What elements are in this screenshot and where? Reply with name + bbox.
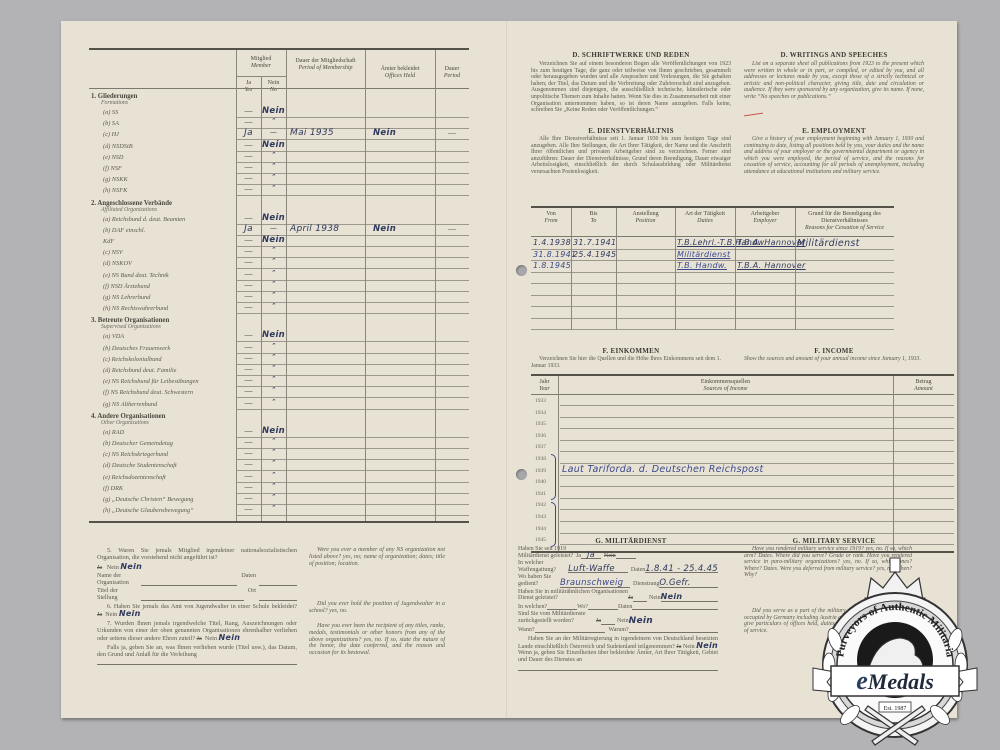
which-orgs-field[interactable] [547, 609, 577, 610]
dauer-cell[interactable]: — [435, 128, 469, 137]
member-yes-cell[interactable]: — [236, 173, 261, 182]
member-yes-cell[interactable]: — [236, 504, 261, 513]
military-form-de: Haben Sie seit 1919 Militärdienst geleis… [518, 546, 718, 671]
employment-employer-cell[interactable]: T.B.A. Hannover [737, 238, 797, 247]
income-year: 1944 [535, 526, 546, 532]
org-row-label: (h) NS Rechtswahrerbund [103, 305, 234, 316]
org-row-label: (b) Deutsches Frauenwerk [103, 345, 234, 356]
member-no-cell[interactable]: ” [261, 269, 286, 277]
member-no-cell[interactable]: ” [261, 173, 286, 181]
dauer-cell[interactable]: — [435, 224, 469, 233]
employment-from-cell[interactable]: 1.8.1945 [533, 261, 573, 270]
question-block-de: 5. Waren Sie jemals Mitglied irgendeiner… [97, 547, 297, 665]
org-row-label: (f) NSD Ärztebund [103, 283, 234, 294]
q7-answer-field[interactable] [97, 664, 297, 665]
member-yes-cell[interactable]: — [236, 302, 261, 311]
member-yes-cell[interactable]: — [236, 459, 261, 468]
member-yes-cell[interactable]: — [236, 235, 261, 244]
section-e-title-en: E. EMPLOYMENT [744, 127, 924, 135]
section-e-title-de: E. DIENSTVERHÄLTNIS [531, 127, 731, 135]
org-row-label: (h) „Deutsche Glaubensbewegung“ [103, 507, 234, 518]
why-field[interactable] [629, 632, 718, 633]
income-year: 1943 [535, 514, 546, 520]
member-no-cell[interactable]: ” [261, 471, 286, 479]
member-yes-cell[interactable]: — [236, 437, 261, 446]
member-yes-cell[interactable]: — [236, 448, 261, 457]
section-g-title-en: G. MILITARY SERVICE [744, 537, 924, 545]
member-no-cell[interactable]: ” [261, 364, 286, 372]
member-no-cell[interactable]: — [261, 128, 286, 136]
member-yes-cell[interactable]: — [236, 471, 261, 480]
member-yes-cell[interactable]: Ja [236, 224, 261, 234]
section-subtitle: Other Organizations [101, 420, 149, 426]
member-no-cell[interactable]: ” [261, 162, 286, 170]
q6-answer[interactable]: Nein [119, 609, 141, 618]
member-yes-cell[interactable]: — [236, 291, 261, 300]
svg-text:eMedals: eMedals [856, 666, 934, 695]
service-dates-answer[interactable]: 1.8.41 - 25.4.45 [645, 566, 718, 574]
member-no-cell[interactable]: ” [261, 302, 286, 310]
section-subtitle: Affiliated Organizations [101, 207, 157, 213]
member-no-cell[interactable]: ” [261, 398, 286, 406]
dates-field[interactable] [632, 609, 718, 610]
section-d-title-en: D. WRITINGS AND SPEECHES [744, 51, 924, 59]
mil-govt-details-field[interactable] [518, 670, 718, 671]
member-yes-cell[interactable]: — [236, 280, 261, 289]
income-header-source: EinkommensquellenSources of Income [558, 379, 893, 393]
center-fold [506, 21, 507, 718]
period-cell[interactable]: Mai 1935 [290, 128, 365, 138]
member-yes-cell[interactable]: — [236, 398, 261, 407]
member-yes-cell[interactable]: — [236, 269, 261, 278]
section-title: 2. Angeschlossene Verbände [91, 200, 172, 207]
org-row-label: (c) HJ [103, 131, 234, 142]
employment-employer-cell[interactable]: T.B.A. Hannover [737, 261, 797, 270]
q5-text-en: Were you ever a member of any NS organiz… [309, 547, 445, 567]
org-row-label: (e) NS Reichsbund für Leibesübungen [103, 378, 234, 389]
section-f-title-de: F. EINKOMMEN [531, 347, 731, 355]
org-row-label: (c) Reichskolonialbund [103, 356, 234, 367]
employment-header: BisTo [571, 211, 616, 225]
income-header-year: JahrYear [531, 379, 558, 393]
paramilitary-answer[interactable]: Nein [661, 594, 718, 602]
rank-answer[interactable]: O.Gefr. [659, 580, 718, 588]
q5-location-field[interactable] [259, 587, 297, 601]
section-title: 3. Betreute Organisationen [91, 317, 169, 324]
org-row-label: (a) RAD [103, 429, 234, 440]
member-no-cell[interactable]: ” [261, 493, 286, 501]
org-row-label: (a) SS [103, 109, 234, 120]
punch-hole-top [516, 265, 527, 276]
org-row-label: (g) „Deutsche Christen“ Bewegung [103, 496, 234, 507]
member-yes-cell[interactable]: — [236, 386, 261, 395]
member-no-cell[interactable]: ” [261, 482, 286, 490]
served-where-answer[interactable]: Braunschweig [560, 580, 630, 588]
employment-header: AnstellungPosition [616, 211, 675, 225]
org-row-label: (h) NSFK [103, 187, 234, 198]
section-subtitle: Formations [101, 100, 128, 106]
income-year: 1942 [535, 502, 546, 508]
member-no-cell[interactable]: ” [261, 151, 286, 159]
q5-dates-field[interactable] [259, 572, 297, 586]
offices-cell[interactable]: Nein [373, 224, 435, 234]
section-e-text-en: Give a history of your employment beginn… [744, 136, 924, 176]
org-row-label: (f) NS Reichsbund deut. Schwestern [103, 389, 234, 400]
org-row-label: (d) Reichsbund deut. Familie [103, 367, 234, 378]
member-no-cell[interactable]: ” [261, 386, 286, 394]
employment-to-cell[interactable]: 25.4.1945 [573, 250, 618, 259]
employment-header: Art der TätigkeitDuties [675, 211, 735, 225]
when-field[interactable] [535, 632, 605, 633]
q5-title-field[interactable] [141, 587, 244, 601]
member-no-cell[interactable]: ” [261, 280, 286, 288]
member-yes-cell[interactable]: — [236, 493, 261, 502]
punch-hole-bottom [516, 469, 527, 480]
income-year: 1937 [535, 444, 546, 450]
org-row-label: (f) DRK [103, 485, 234, 496]
member-no-cell[interactable]: ” [261, 246, 286, 254]
income-year: 1933 [535, 398, 546, 404]
org-row-label: (b) Deutscher Gemeindetag [103, 440, 234, 451]
branch-answer[interactable]: Luft-Waffe [568, 566, 628, 574]
income-year: 1935 [535, 421, 546, 427]
q5-answer[interactable]: Nein [120, 562, 142, 571]
employment-header: Grund für die Beendigung des Dienstverhä… [795, 211, 894, 232]
header-no: NeinNo [261, 80, 286, 94]
emedals-watermark-logo: Purveyors of Authentic Militaria eMedals… [805, 550, 985, 750]
section-g-title-de: G. MILITÄRDIENST [531, 537, 731, 545]
income-year: 1934 [535, 410, 546, 416]
deferred-answer[interactable]: Nein [629, 618, 718, 625]
member-no-cell[interactable]: Nein [261, 235, 286, 245]
org-row-label: (b) SA [103, 120, 234, 131]
member-yes-cell[interactable]: Ja [236, 128, 261, 138]
member-no-cell[interactable]: Nein [261, 140, 286, 150]
income-source-entry[interactable]: Laut Tariforda. d. Deutschen Reichspost [562, 464, 764, 475]
mil-govt-answer[interactable]: Nein [696, 641, 718, 650]
member-yes-cell[interactable]: — [236, 151, 261, 160]
where-field[interactable] [588, 609, 618, 610]
org-row-label: (d) Deutsche Studentenschaft [103, 462, 234, 473]
employment-to-cell[interactable]: 31.7.1941 [573, 238, 618, 247]
org-row-label: (e) NSD [103, 154, 234, 165]
q7-text-en: Have you ever been the recipient of any … [309, 623, 445, 657]
header-dauer: DauerPeriod [435, 66, 469, 80]
logo-emblem-icon: Purveyors of Authentic Militaria eMedals… [805, 550, 985, 750]
org-row-label: (b) DAF einschl. [103, 227, 234, 238]
employment-from-cell[interactable]: 31.8.1941 [533, 250, 573, 259]
q7-answer[interactable]: Nein [218, 633, 240, 642]
member-no-cell[interactable]: ” [261, 291, 286, 299]
member-yes-cell[interactable]: — [236, 213, 261, 222]
military-service-answer[interactable]: Ja [581, 552, 601, 560]
header-yes: JaYes [236, 80, 261, 94]
income-header-amount: BetragAmount [893, 379, 954, 393]
org-row-label: (d) NSKOV [103, 260, 234, 271]
member-yes-cell[interactable]: — [236, 246, 261, 255]
org-row-label: (c) NS Reichskriegerbund [103, 451, 234, 462]
member-yes-cell[interactable]: — [236, 375, 261, 384]
income-year: 1941 [535, 491, 546, 497]
income-year: 1940 [535, 479, 546, 485]
org-row-label: (g) NS Altherrenbund [103, 401, 234, 412]
member-no-cell[interactable]: ” [261, 375, 286, 383]
org-row-label: (e) Reichsdozentenschaft [103, 474, 234, 485]
table-bottom-rule [89, 521, 469, 523]
org-row-label: (f) NSF [103, 165, 234, 176]
q7-followup: Falls ja, geben Sie an, was Ihnen verlie… [97, 644, 297, 658]
section-title: 4. Andere Organisationen [91, 413, 165, 420]
header-member: MitgliedMember [236, 56, 286, 70]
period-cell[interactable]: April 1938 [290, 224, 365, 234]
member-yes-cell[interactable]: — [236, 140, 261, 149]
member-no-cell[interactable]: ” [261, 353, 286, 361]
income-year: 1939 [535, 468, 546, 474]
q6-text-en: Did you ever hold the position of Jugend… [309, 601, 445, 615]
member-no-cell[interactable]: Nein [261, 330, 286, 340]
member-yes-cell[interactable]: — [236, 257, 261, 266]
red-pen-mark [744, 113, 763, 117]
member-no-cell[interactable]: ” [261, 459, 286, 467]
svg-text:Est. 1987: Est. 1987 [884, 706, 907, 712]
question-block-en: Were you ever a member of any NS organiz… [309, 547, 445, 657]
q6-text: 6. Haben Sie jemals das Amt von Jugendwa… [97, 603, 297, 618]
member-yes-cell[interactable]: — [236, 426, 261, 435]
member-no-cell[interactable]: — [261, 224, 286, 232]
member-yes-cell[interactable]: — [236, 117, 261, 126]
member-no-cell[interactable]: ” [261, 448, 286, 456]
org-row-label: KdF [103, 238, 234, 249]
employment-header: VonFrom [531, 211, 571, 225]
q5-org-field[interactable] [141, 572, 237, 586]
section-d-title-de: D. SCHRIFTWERKE UND REDEN [531, 51, 731, 59]
member-no-cell[interactable]: ” [261, 184, 286, 192]
section-d-text-en: List on a separate sheet all publication… [744, 61, 924, 101]
section-e-text-de: Alle Ihre Dienstverhältnisse seit 1. Jan… [531, 136, 731, 176]
org-row-label: (g) NS Lehrerbund [103, 294, 234, 305]
q5-answer-line: Ja Nein Nein [97, 563, 297, 571]
member-no-cell[interactable]: ” [261, 117, 286, 125]
employment-reason-cell[interactable]: Militärdienst [797, 238, 896, 249]
employment-header: ArbeitgeberEmployer [735, 211, 795, 225]
section-f-text-de: Verzeichnen Sie hier die Quellen und die… [531, 356, 721, 369]
org-row-label: (c) NSV [103, 249, 234, 260]
member-yes-cell[interactable]: — [236, 162, 261, 171]
year-bracket-1938-1941 [551, 454, 556, 500]
member-no-cell[interactable]: Nein [261, 426, 286, 436]
member-yes-cell[interactable]: — [236, 482, 261, 491]
member-no-cell[interactable]: ” [261, 504, 286, 512]
org-row-label: (a) Reichsbund d. deut. Beamten [103, 216, 234, 227]
employment-from-cell[interactable]: 1.4.1938 [533, 238, 573, 247]
offices-cell[interactable]: Nein [373, 128, 435, 138]
org-row-label: (d) NSDStB [103, 143, 234, 154]
member-yes-cell[interactable]: — [236, 342, 261, 351]
org-row-label: (e) NS Bund deut. Technik [103, 272, 234, 283]
member-yes-cell[interactable]: — [236, 330, 261, 339]
income-year: 1936 [535, 433, 546, 439]
member-yes-cell[interactable]: — [236, 364, 261, 373]
member-yes-cell[interactable]: — [236, 353, 261, 362]
member-yes-cell[interactable]: — [236, 106, 261, 115]
section-f-text-en: Show the sources and amount of your annu… [744, 356, 924, 363]
table-top-rule [89, 48, 469, 50]
member-no-cell[interactable]: ” [261, 257, 286, 265]
section-title: 1. Gliederungen [91, 93, 137, 100]
section-f-title-en: F. INCOME [744, 347, 924, 355]
header-period: Dauer der MitgliedschaftPeriod of Member… [286, 58, 365, 72]
member-no-cell[interactable]: Nein [261, 106, 286, 116]
q5-text: 5. Waren Sie jemals Mitglied irgendeiner… [97, 547, 297, 561]
income-year: 1938 [535, 456, 546, 462]
org-row-label: (g) NSKK [103, 176, 234, 187]
header-offices: Ämter bekleidetOffices Held [365, 66, 435, 80]
member-no-cell[interactable]: ” [261, 437, 286, 445]
member-no-cell[interactable]: ” [261, 342, 286, 350]
member-yes-cell[interactable]: — [236, 184, 261, 193]
employment-duties-cell[interactable]: Militärdienst [677, 250, 797, 259]
org-row-label: (a) VDA [103, 333, 234, 344]
section-subtitle: Supervised Organizations [101, 324, 161, 330]
q7-text: 7. Wurden Ihnen jemals irgendwelche Tite… [97, 620, 297, 642]
section-d-text-de: Verzeichnen Sie auf einem besonderen Bog… [531, 61, 731, 114]
member-no-cell[interactable]: Nein [261, 213, 286, 223]
